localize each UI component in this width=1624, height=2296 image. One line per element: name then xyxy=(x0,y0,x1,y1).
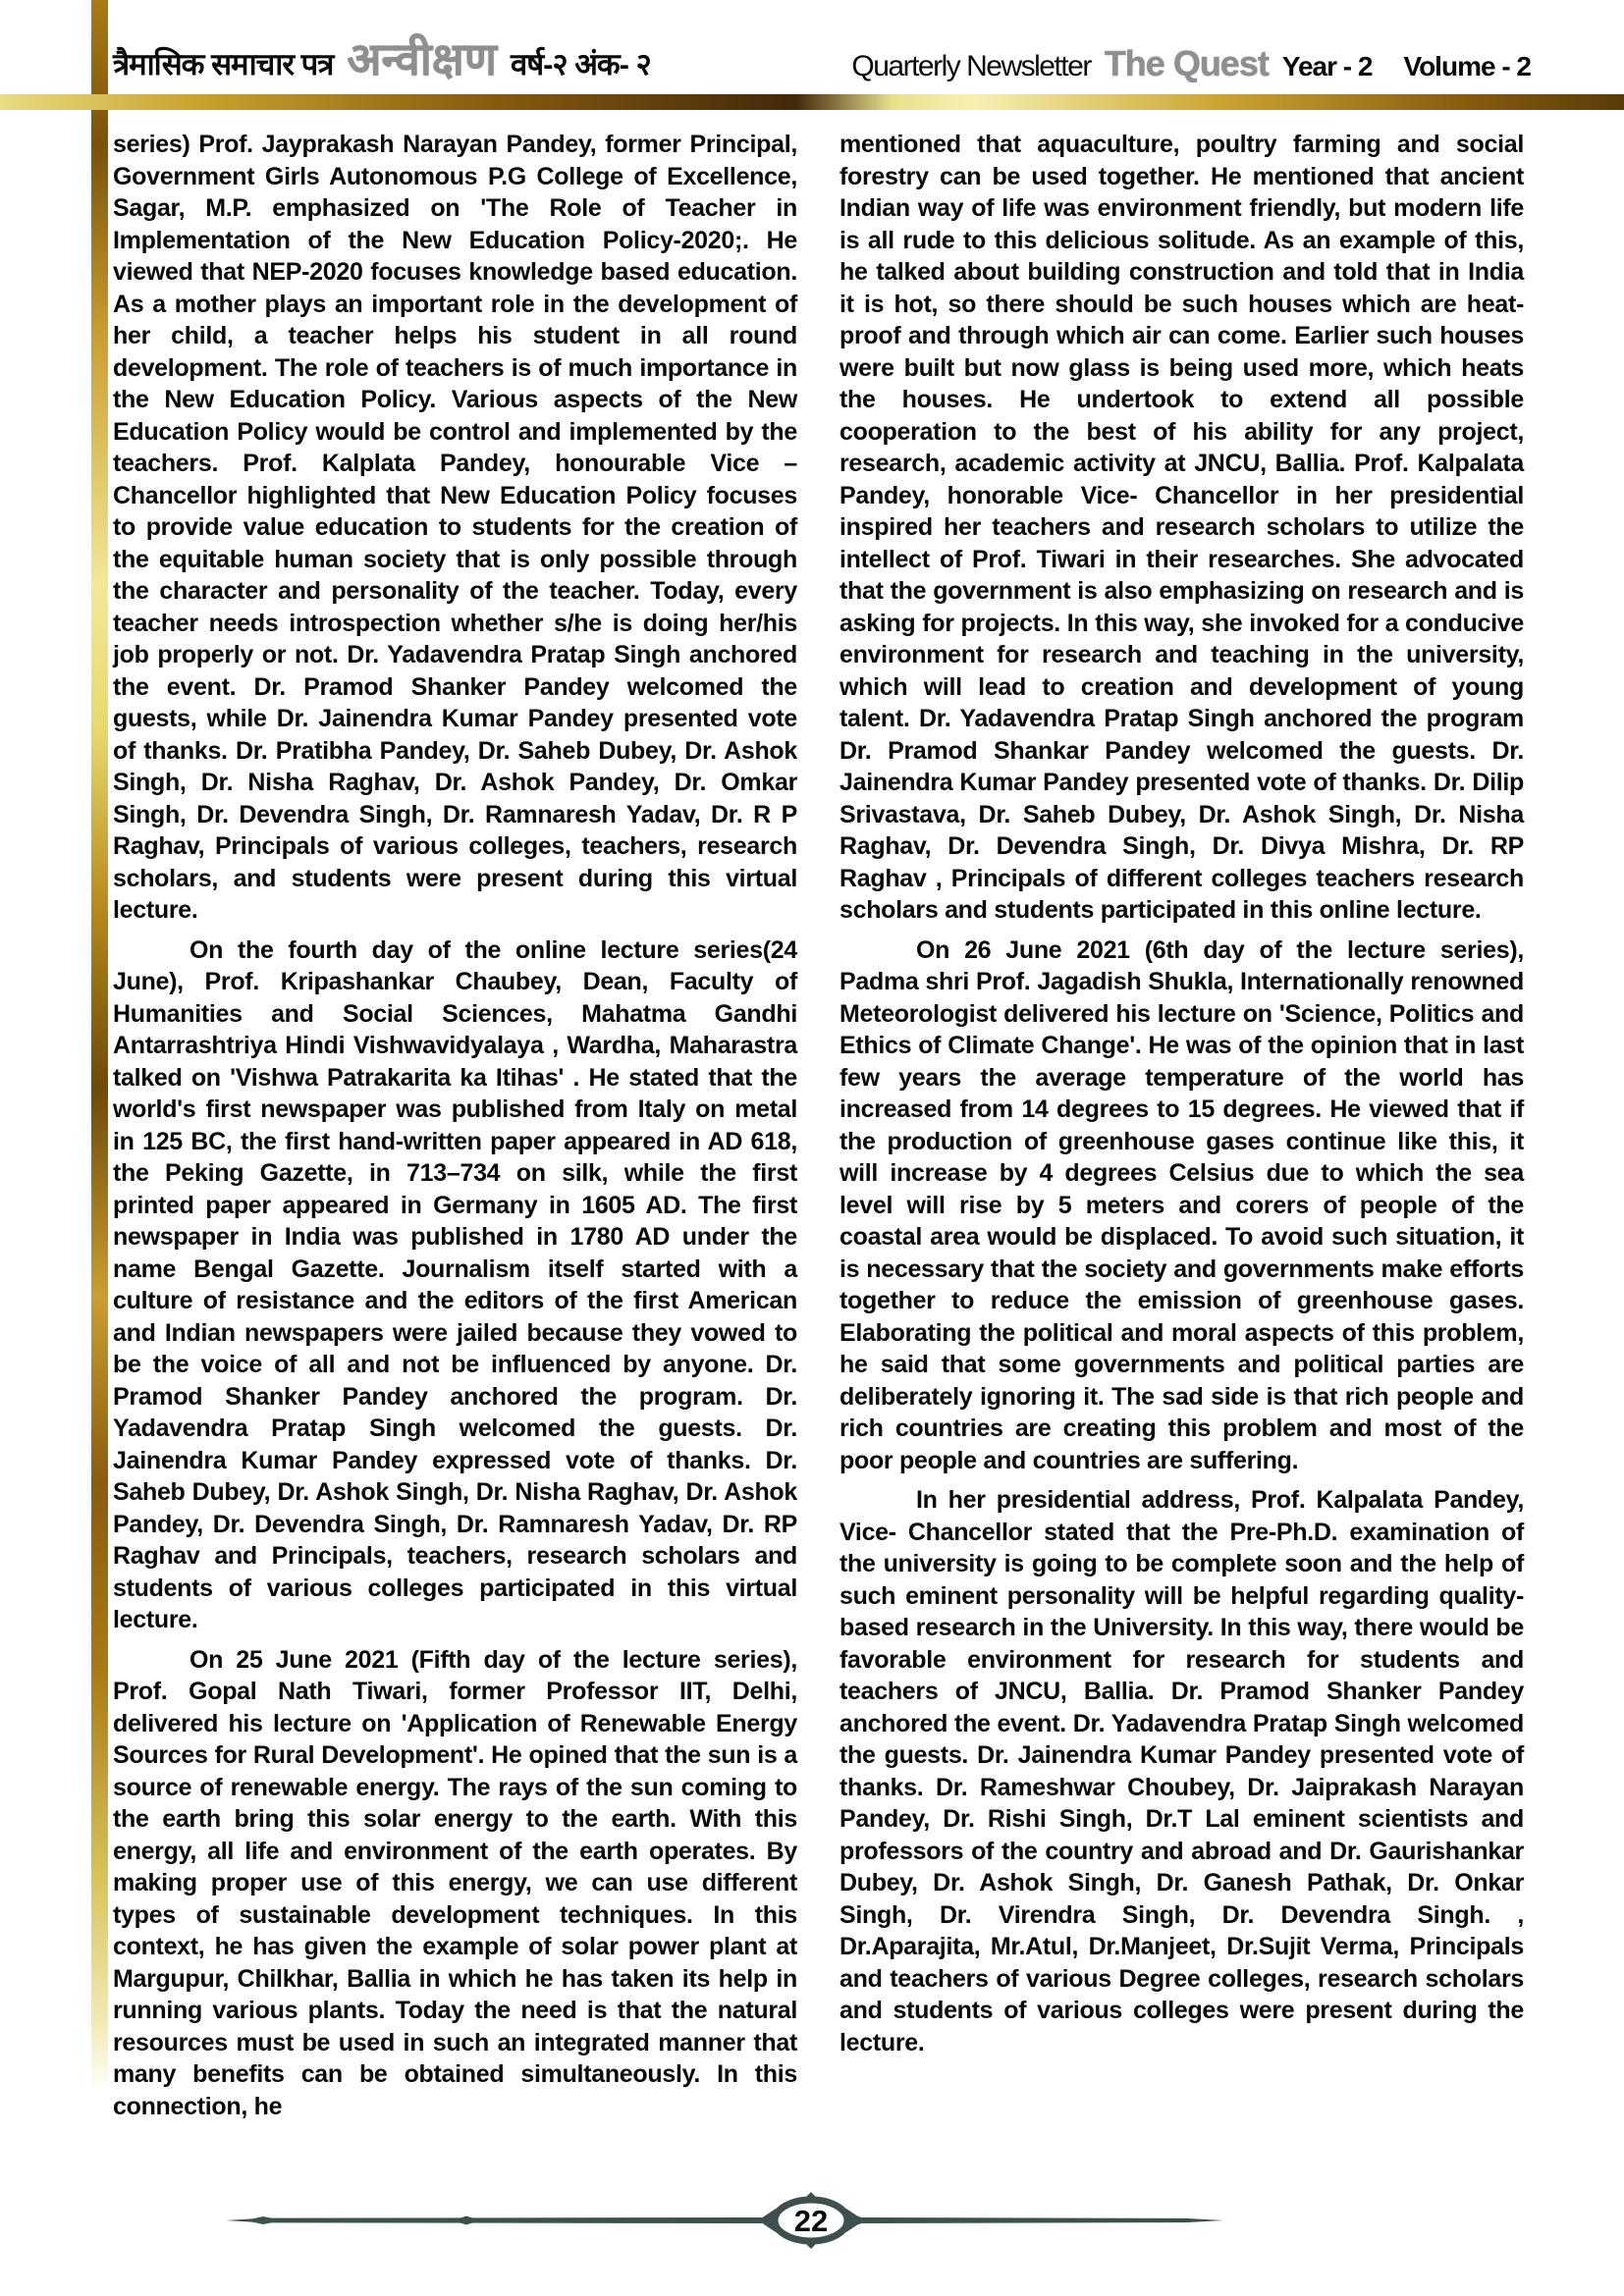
paragraph-left-1: series) Prof. Jayprakash Narayan Pandey,… xyxy=(113,129,797,927)
article-body: series) Prof. Jayprakash Narayan Pandey,… xyxy=(113,129,1524,2130)
newsletter-type-hindi: त्रैमासिक समाचार पत्र xyxy=(113,43,333,84)
top-gold-rule xyxy=(0,94,1624,110)
divider-line-right xyxy=(862,2217,1223,2223)
paragraph-right-3: In her presidential address, Prof. Kalpa… xyxy=(839,1484,1524,2058)
footer-divider-ornament: 22 xyxy=(224,2191,1225,2254)
newsletter-issue-hindi: वर्ष-२ अंक- २ xyxy=(511,43,651,84)
page-number: 22 xyxy=(794,2204,828,2238)
paragraph-left-3: On 25 June 2021 (Fifth day of the lectur… xyxy=(113,1644,797,2123)
divider-diamond-left xyxy=(453,2216,480,2225)
newsletter-title-english: The Quest xyxy=(1105,43,1269,84)
divider-arrow-left xyxy=(245,2216,283,2224)
header-right: Quarterly Newsletter The Quest Year - 2 … xyxy=(851,43,1531,84)
header-left: त्रैमासिक समाचार पत्र अन्वीक्षण वर्ष-२ अ… xyxy=(113,36,651,84)
article-column-right: mentioned that aquaculture, poultry farm… xyxy=(839,129,1524,2130)
paragraph-right-2: On 26 June 2021 (6th day of the lecture … xyxy=(839,934,1524,1477)
newsletter-type-english: Quarterly Newsletter xyxy=(851,50,1090,83)
divider-line-left xyxy=(226,2217,762,2223)
newsletter-volume: Volume - 2 xyxy=(1403,51,1531,82)
paragraph-right-1: mentioned that aquaculture, poultry farm… xyxy=(839,129,1524,927)
newsletter-page: त्रैमासिक समाचार पत्र अन्वीक्षण वर्ष-२ अ… xyxy=(0,0,1624,2296)
newsletter-title-hindi: अन्वीक्षण xyxy=(347,36,497,81)
left-gold-rule xyxy=(91,0,108,2091)
paragraph-left-2: On the fourth day of the online lecture … xyxy=(113,934,797,1636)
newsletter-year: Year - 2 xyxy=(1282,51,1373,82)
page-header: त्रैमासिक समाचार पत्र अन्वीक्षण वर्ष-२ अ… xyxy=(113,0,1531,90)
article-column-left: series) Prof. Jayprakash Narayan Pandey,… xyxy=(113,129,797,2130)
